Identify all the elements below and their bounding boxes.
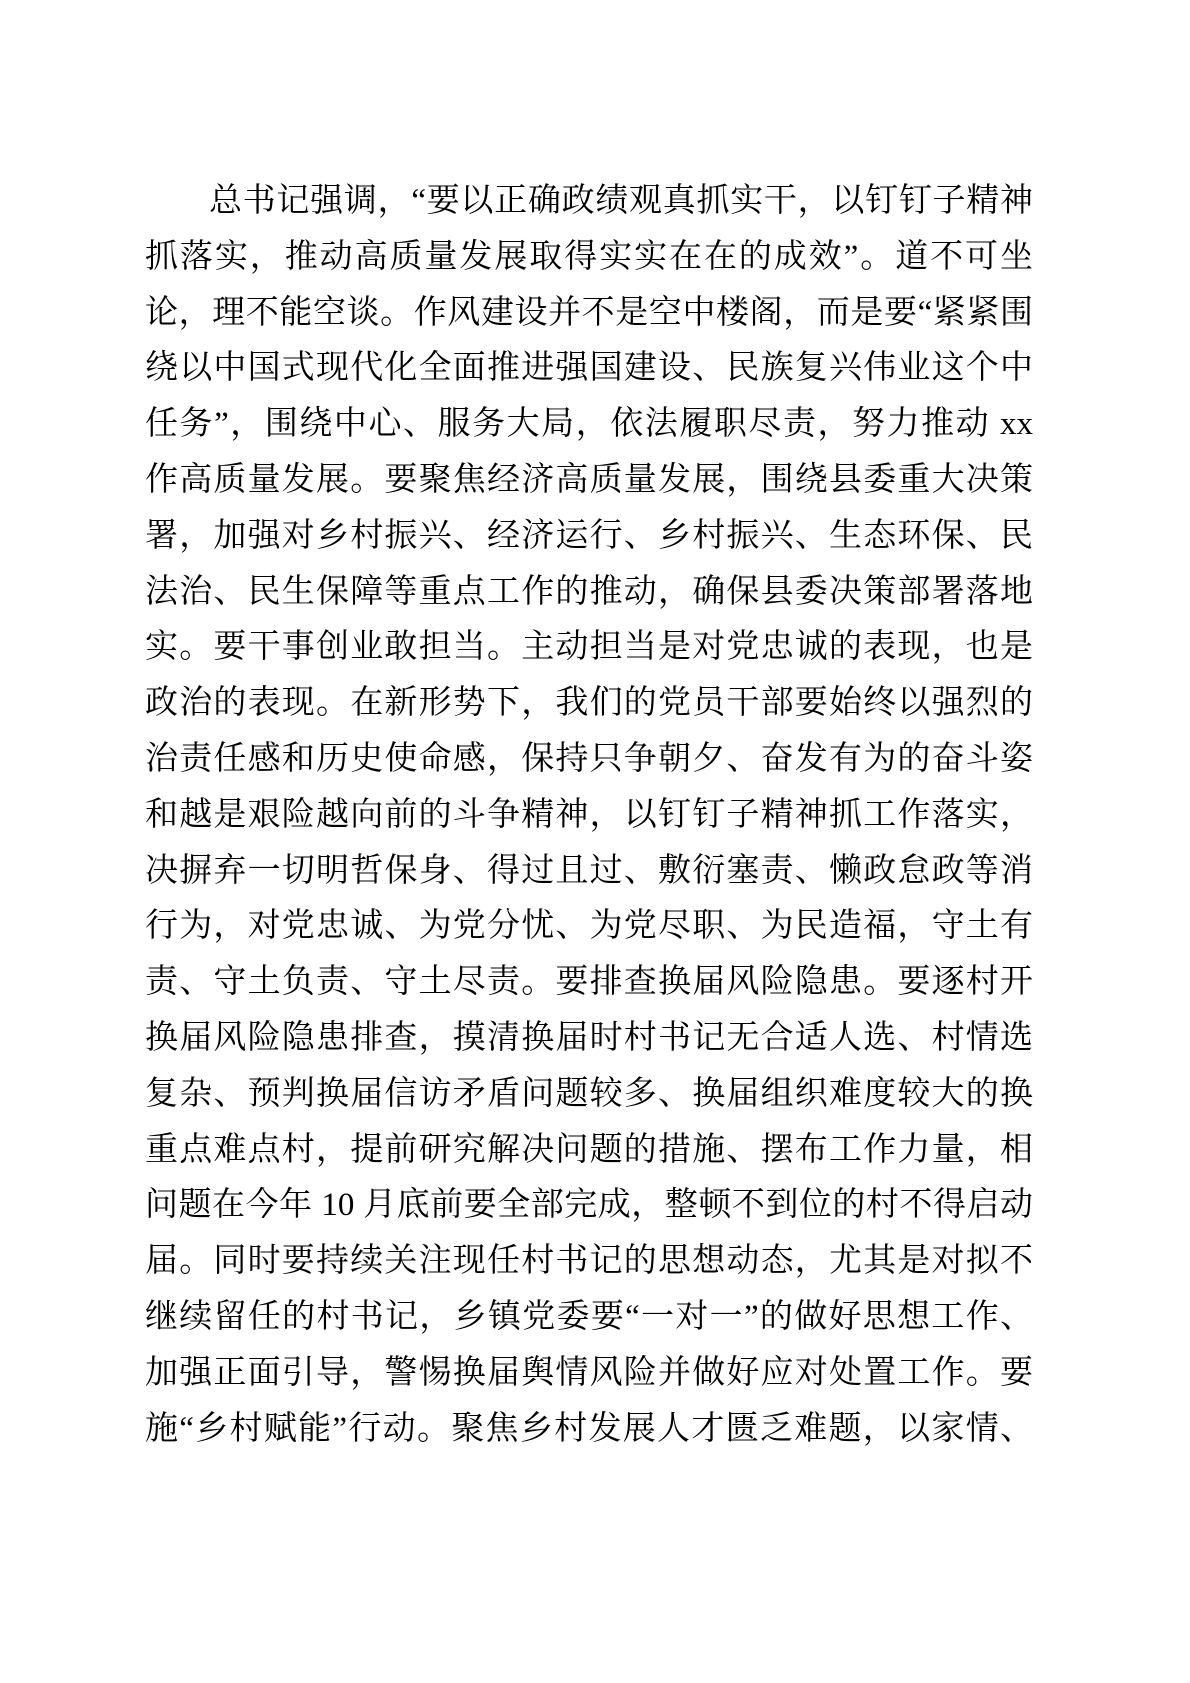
text-line: 法治、民生保障等重点工作的推动，确保县委决策部署落地落 bbox=[145, 565, 1033, 621]
text-line: 问题在今年 10 月底前要全部完成，整顿不到位的村不得启动换 bbox=[145, 1178, 1033, 1234]
text-line: 政治的表现。在新形势下，我们的党员干部要始终以强烈的政 bbox=[145, 676, 1033, 732]
text-line: 决摒弃一切明哲保身、得过且过、敷衍塞责、懒政怠政等消极 bbox=[145, 844, 1033, 900]
text-line: 责、守土负责、守土尽责。要排查换届风险隐患。要逐村开展 bbox=[145, 955, 1033, 1011]
text-line: 换届风险隐患排查，摸清换届时村书记无合适人选、村情选情 bbox=[145, 1011, 1033, 1067]
text-line: 行为，对党忠诚、为党分忧、为党尽职、为民造福，守土有 bbox=[145, 899, 1033, 955]
paragraph: 总书记强调，“要以正确政绩观真抓实干，以钉钉子精神抓落实，推动高质量发展取得实实… bbox=[145, 174, 1033, 1457]
text-line: 继续留任的村书记，乡镇党委要“一对一”的做好思想工作、 bbox=[145, 1290, 1033, 1346]
text-line: 绕以中国式现代化全面推进强国建设、民族复兴伟业这个中心 bbox=[145, 341, 1033, 397]
text-line: 复杂、预判换届信访矛盾问题较多、换届组织难度较大的换届 bbox=[145, 1067, 1033, 1123]
text-line: 总书记强调，“要以正确政绩观真抓实干，以钉钉子精神 bbox=[145, 174, 1033, 230]
text-line: 论，理不能空谈。作风建设并不是空中楼阁，而是要“紧紧围 bbox=[145, 286, 1033, 342]
document-page: 总书记强调，“要以正确政绩观真抓实干，以钉钉子精神抓落实，推动高质量发展取得实实… bbox=[0, 0, 1190, 1683]
text-line: 和越是艰险越向前的斗争精神，以钉钉子精神抓工作落实，坚 bbox=[145, 788, 1033, 844]
text-line: 抓落实，推动高质量发展取得实实在在的成效”。道不可坐 bbox=[145, 230, 1033, 286]
text-line: 署，加强对乡村振兴、经济运行、乡村振兴、生态环保、民主 bbox=[145, 509, 1033, 565]
text-line: 实。要干事创业敢担当。主动担当是对党忠诚的表现，也是讲 bbox=[145, 620, 1033, 676]
text-line: 重点难点村，提前研究解决问题的措施、摆布工作力量，相关 bbox=[145, 1123, 1033, 1179]
text-line: 治责任感和历史使命感，保持只争朝夕、奋发有为的奋斗姿态 bbox=[145, 732, 1033, 788]
text-line: 加强正面引导，警惕换届舆情风险并做好应对处置工作。要实 bbox=[145, 1346, 1033, 1402]
text-line: 届。同时要持续关注现任村书记的思想动态，尤其是对拟不再 bbox=[145, 1234, 1033, 1290]
text-line: 任务”，围绕中心、服务大局，依法履职尽责，努力推动 xx 工 bbox=[145, 397, 1033, 453]
text-line: 施“乡村赋能”行动。聚焦乡村发展人才匮乏难题，以家情、 bbox=[145, 1402, 1033, 1458]
text-line: 作高质量发展。要聚焦经济高质量发展，围绕县委重大决策部 bbox=[145, 453, 1033, 509]
